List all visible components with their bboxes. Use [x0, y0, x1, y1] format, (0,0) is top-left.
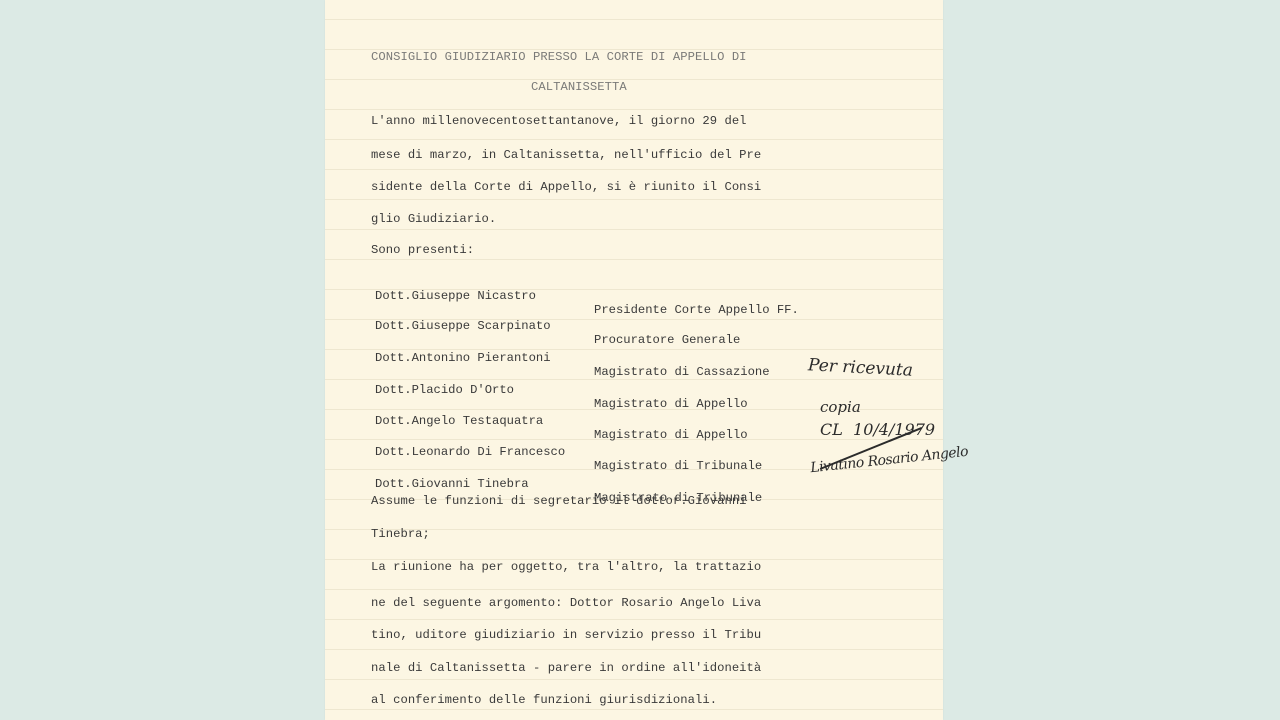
body-line: nale di Caltanissetta - parere in ordine…	[371, 661, 761, 675]
intro-line: glio Giudiziario.	[371, 212, 496, 226]
attendee-role: Presidente Corte Appello FF.	[594, 303, 799, 317]
attendee-name: Dott.Giuseppe Nicastro	[375, 289, 536, 303]
body-line: ne del seguente argomento: Dottor Rosari…	[371, 596, 761, 610]
attendee-role: Magistrato di Appello	[594, 397, 748, 411]
body-line: al conferimento delle funzioni giurisdiz…	[371, 693, 717, 707]
attendee-name: Dott.Antonino Pierantoni	[375, 351, 551, 365]
body-line: Assume le funzioni di segretario il dott…	[371, 494, 747, 508]
attendee-name: Dott.Giovanni Tinebra	[375, 477, 529, 491]
document-title-line-2: CALTANISSETTA	[531, 80, 627, 94]
handwritten-copy-note: copia	[820, 398, 861, 416]
intro-line: mese di marzo, in Caltanissetta, nell'uf…	[371, 148, 761, 162]
attendee-role: Magistrato di Appello	[594, 428, 748, 442]
intro-line: sidente della Corte di Appello, si è riu…	[371, 180, 761, 194]
attendee-name: Dott.Placido D'Orto	[375, 383, 514, 397]
body-line: tino, uditore giudiziario in servizio pr…	[371, 628, 761, 642]
attendee-name: Dott.Angelo Testaquatra	[375, 414, 543, 428]
attendee-role: Magistrato di Tribunale	[594, 459, 762, 473]
attendee-role: Procuratore Generale	[594, 333, 740, 347]
intro-line: Sono presenti:	[371, 243, 474, 257]
body-line: La riunione ha per oggetto, tra l'altro,…	[371, 560, 761, 574]
document-title-line-1: CONSIGLIO GIUDIZIARIO PRESSO LA CORTE DI…	[371, 50, 747, 64]
attendee-name: Dott.Giuseppe Scarpinato	[375, 319, 551, 333]
body-line: Tinebra;	[371, 527, 430, 541]
attendee-name: Dott.Leonardo Di Francesco	[375, 445, 565, 459]
attendee-role: Magistrato di Cassazione	[594, 365, 770, 379]
attendee-row: Dott.Giovanni Tinebra Magistrato di Trib…	[375, 463, 404, 519]
intro-line: L'anno millenovecentosettantanove, il gi…	[371, 114, 747, 128]
